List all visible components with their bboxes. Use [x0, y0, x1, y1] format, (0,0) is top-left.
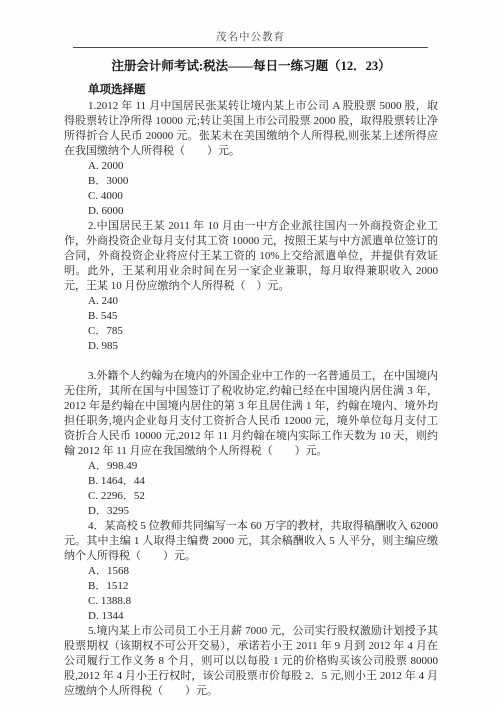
question-2: 2.中国居民王某 2011 年 10 月由一中方企业派往国内一外商投资企业工作，…	[64, 219, 438, 354]
question-3-option-a: A．998.49	[64, 459, 438, 474]
brand-text: 茂名中公教育	[216, 32, 285, 43]
question-3-option-b: B. 1464．44	[64, 474, 438, 489]
question-4-option-a: A．1568	[64, 564, 438, 579]
question-1-option-d: D. 6000	[64, 204, 438, 219]
question-1: 1.2012 年 11 月中国居民张某转让境内某上市公司 A 股股票 5000 …	[64, 99, 438, 219]
question-3-text: 3.外籍个人约翰为在境内的外国企业中工作的一名普通员工，在中国境内无住所，其所在…	[64, 369, 438, 459]
question-5-text: 5.境内某上市公司员工小王月薪 7000 元，公司实行股权激励计划授予其股票期权…	[64, 624, 438, 699]
question-4: 4．某高校 5 位教师共同编写一本 60 万字的教材，共取得稿酬收入 62000…	[64, 519, 438, 624]
section-heading: 单项选择题	[64, 83, 438, 98]
question-1-text: 1.2012 年 11 月中国居民张某转让境内某上市公司 A 股股票 5000 …	[64, 99, 438, 159]
question-3-option-c: C. 2296．52	[64, 489, 438, 504]
question-3-option-d: D．3295	[64, 504, 438, 519]
question-4-option-c: C. 1388.8	[64, 594, 438, 609]
question-4-option-b: B．1512	[64, 579, 438, 594]
question-5: 5.境内某上市公司员工小王月薪 7000 元，公司实行股权激励计划授予其股票期权…	[64, 624, 438, 699]
page-header: 茂名中公教育	[73, 29, 428, 48]
question-1-option-b: B．3000	[64, 174, 438, 189]
question-2-option-d: D. 985	[64, 339, 438, 354]
document-page: 茂名中公教育 注册会计师考试:税法——每日一练习题（12．23） 单项选择题 1…	[0, 0, 500, 707]
question-1-option-c: C. 4000	[64, 189, 438, 204]
question-2-option-b: B. 545	[64, 309, 438, 324]
question-4-text: 4．某高校 5 位教师共同编写一本 60 万字的教材，共取得稿酬收入 62000…	[64, 519, 438, 564]
question-2-option-a: A. 240	[64, 294, 438, 309]
question-2-text: 2.中国居民王某 2011 年 10 月由一中方企业派往国内一外商投资企业工作，…	[64, 219, 438, 294]
document-content: 注册会计师考试:税法——每日一练习题（12．23） 单项选择题 1.2012 年…	[64, 58, 438, 699]
question-2-option-c: C．785	[64, 324, 438, 339]
question-1-option-a: A. 2000	[64, 159, 438, 174]
question-3: 3.外籍个人约翰为在境内的外国企业中工作的一名普通员工，在中国境内无住所，其所在…	[64, 369, 438, 519]
question-4-option-d: D. 1344	[64, 609, 438, 624]
page-title: 注册会计师考试:税法——每日一练习题（12．23）	[64, 58, 438, 74]
